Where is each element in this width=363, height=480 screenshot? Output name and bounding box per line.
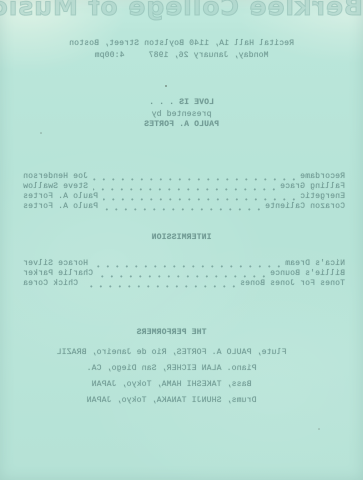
program-row: Corazon Caliente Paulo A. Fortes	[23, 202, 345, 212]
dot-leader	[93, 265, 280, 268]
composer: Paulo A. Fortes	[23, 192, 98, 202]
composer: Steve Swallow	[23, 182, 88, 192]
scanned-program-page: Berklee College of Music Recital Hall 1A…	[0, 0, 363, 480]
time-text: 4:00pm	[94, 51, 124, 60]
performer-line: Bass, TAKESHI HAMA, Tokyo, JAPAN	[0, 381, 353, 389]
presented-by-label: presented by	[0, 110, 363, 120]
paper-speck	[318, 428, 320, 430]
program-row: Billie's Bounce Charlie Parker	[23, 269, 345, 279]
program-row: Recordame Joe Henderson	[23, 172, 345, 182]
performers-heading: THE PERFORMERS	[0, 328, 353, 338]
date-text: Monday, January 26, 1987	[149, 51, 269, 60]
presenter-name: PAULO A. FORTES	[0, 120, 363, 130]
song-title: Nica's Dream	[285, 259, 345, 269]
performer-line: Piano. ALAN EICHER, San Diego, CA.	[0, 365, 353, 373]
song-title: Corazon Caliente	[265, 202, 345, 212]
program-second-half: Nica's Dream Horace Silver Billie's Boun…	[23, 259, 345, 289]
composer: Horace Silver	[23, 259, 88, 269]
date-line: Monday, January 26, 19874:00pm	[0, 51, 363, 61]
performers-list: Flute, PAULO A. FORTES, Rio de Janeiro, …	[0, 349, 353, 413]
dot-leader	[103, 208, 260, 211]
program-row: Falling Grace Steve Swallow	[23, 182, 345, 192]
composer: Chick Corea	[23, 279, 78, 289]
song-title: Tones For Jones Bones	[240, 279, 345, 289]
program-row: Nica's Dream Horace Silver	[23, 259, 345, 269]
performer-line: Drums, SHUNJI TANAKA, Tokyo, JAPAN	[0, 397, 353, 405]
intermission-heading: INTERMISSION	[0, 233, 363, 243]
dot-leader	[98, 275, 265, 278]
performer-line: Flute, PAULO A. FORTES, Rio de Janeiro, …	[0, 349, 353, 357]
composer: Joe Henderson	[23, 172, 88, 182]
dot-leader	[93, 188, 275, 191]
program-row: Tones For Jones Bones Chick Corea	[23, 279, 345, 289]
song-title: Falling Grace	[280, 182, 345, 192]
program-first-half: Recordame Joe Henderson Falling Grace St…	[23, 172, 345, 212]
song-title: Energetic	[300, 192, 345, 202]
paper-speck	[40, 132, 42, 134]
program-row: Energetic Paulo A. Fortes	[23, 192, 345, 202]
dot-leader	[103, 198, 295, 201]
song-title: Billie's Bounce	[270, 269, 345, 279]
composer: Paulo A. Fortes	[23, 202, 98, 212]
recital-title: LOVE IS . . .	[0, 98, 363, 108]
mirrored-bleedthrough-layer: Berklee College of Music Recital Hall 1A…	[0, 0, 363, 480]
venue-line: Recital Hall 1A, 1140 Boylston Street, B…	[0, 39, 363, 49]
paper-speck	[165, 85, 167, 87]
song-title: Recordame	[300, 172, 345, 182]
dot-leader	[93, 178, 295, 181]
dot-leader	[83, 285, 235, 288]
composer: Charlie Parker	[23, 269, 93, 279]
berklee-logo: Berklee College of Music	[0, 0, 363, 21]
